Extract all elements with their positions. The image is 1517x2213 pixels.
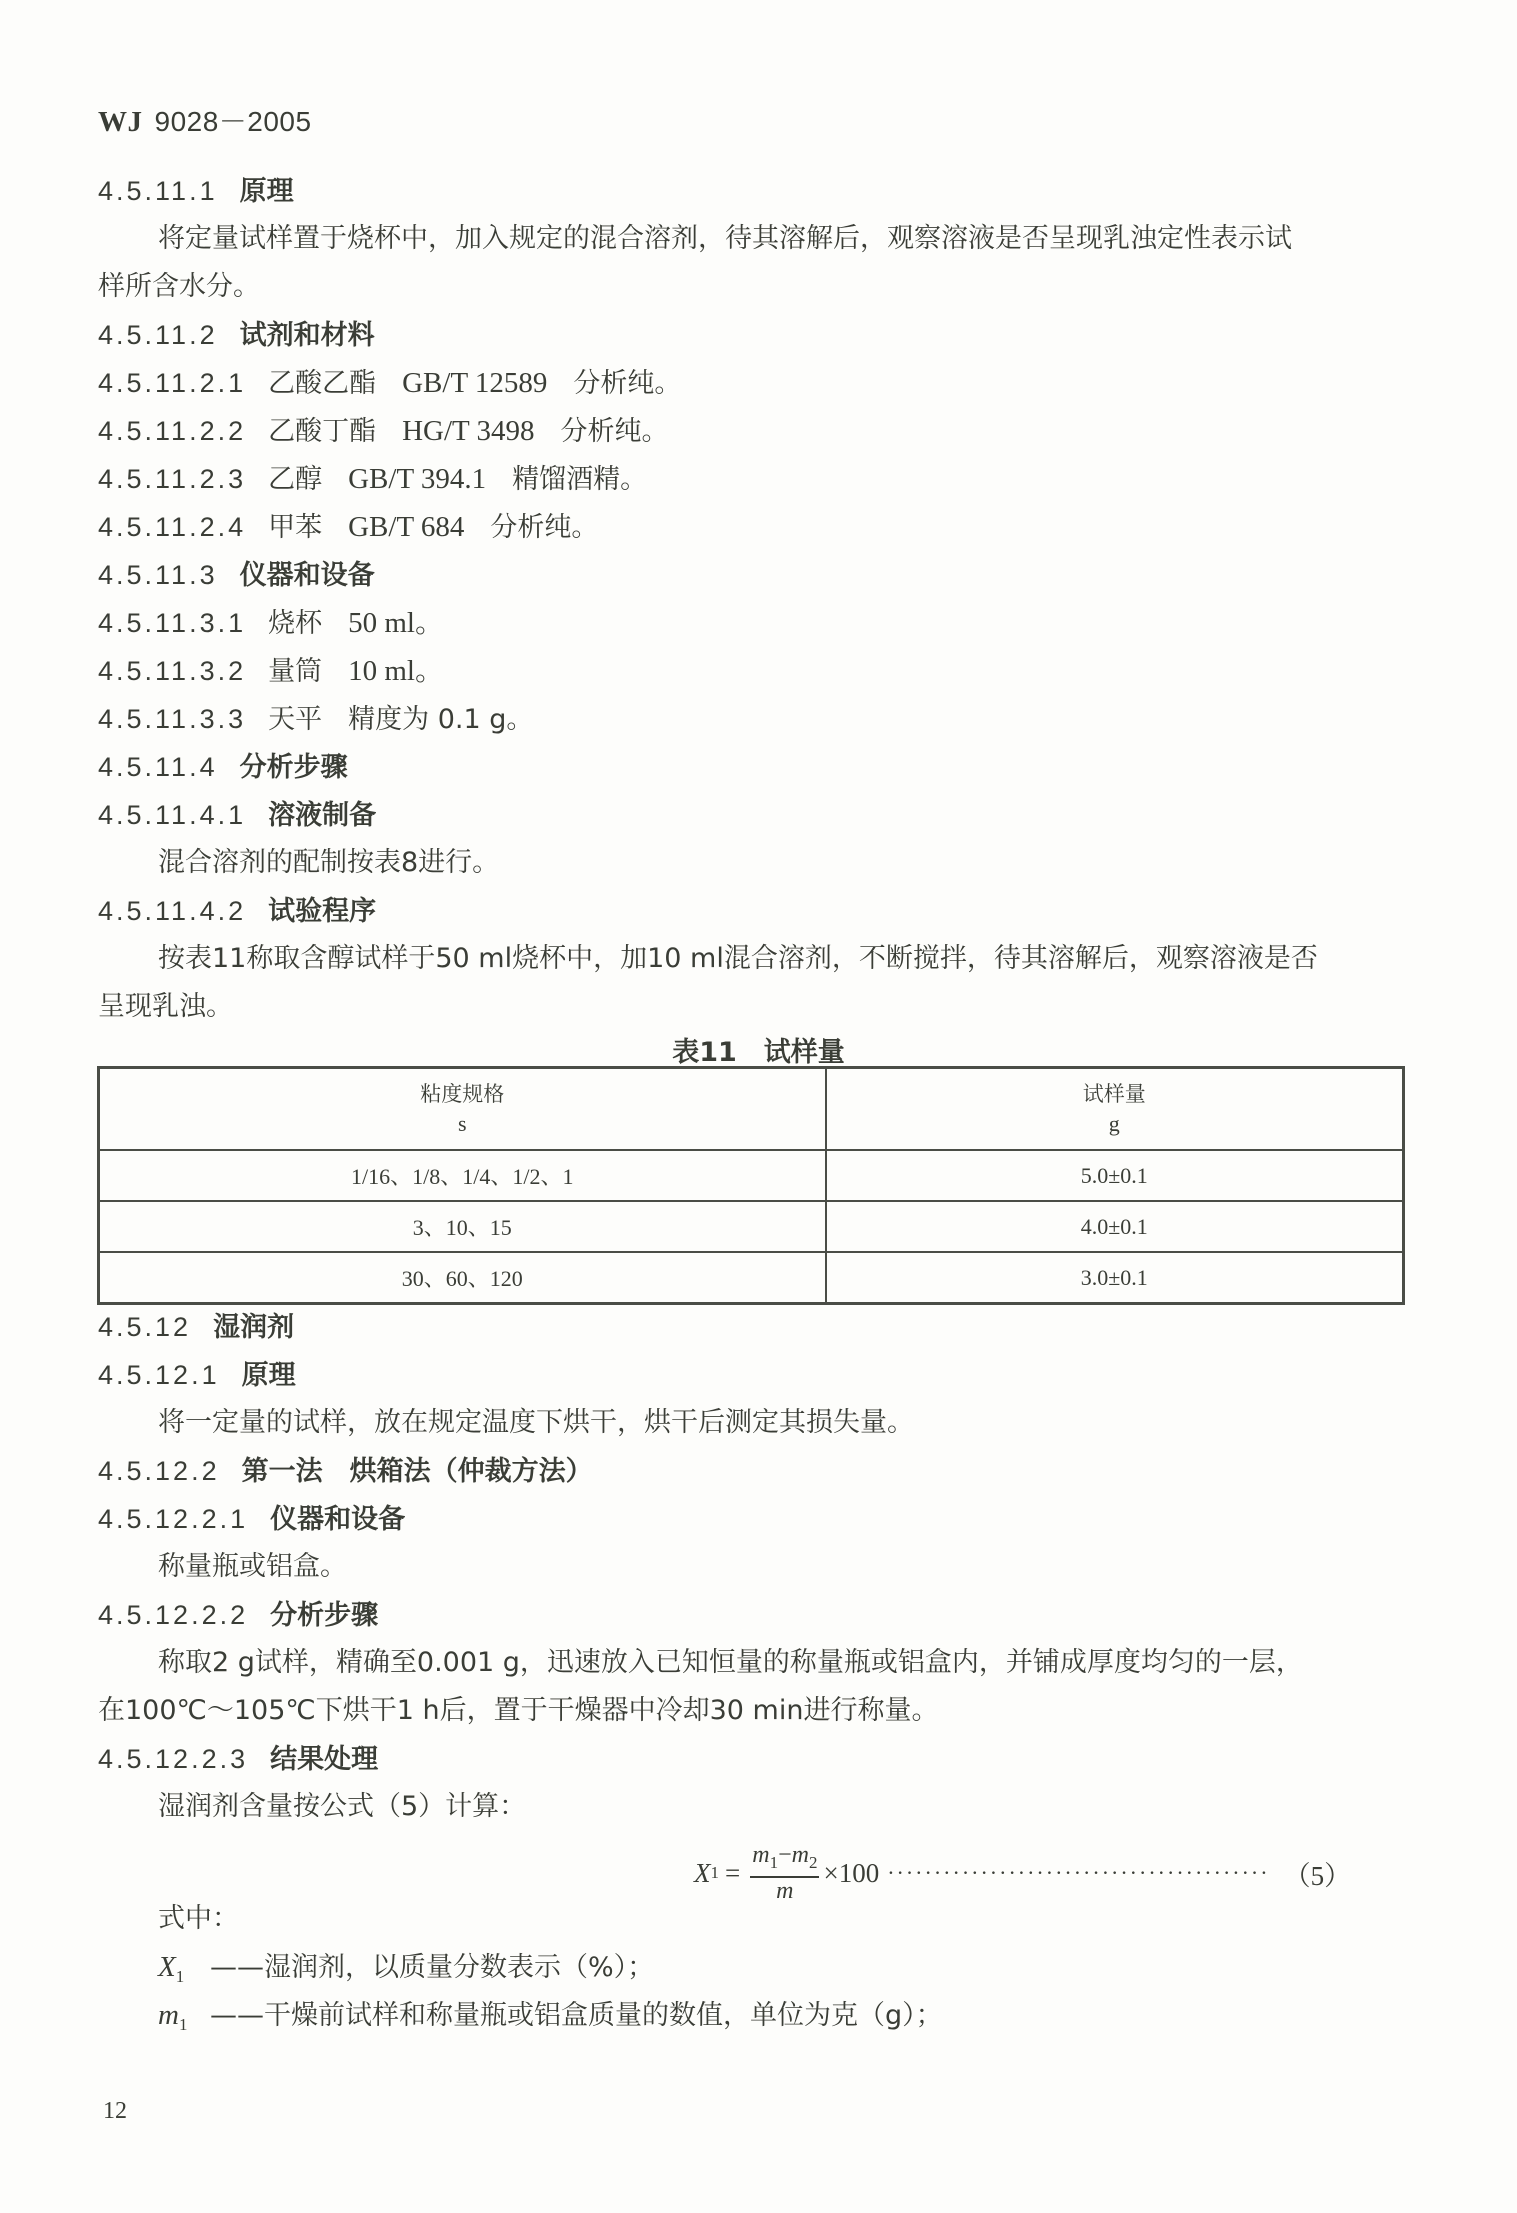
paragraph: 混合溶剂的配制按表8进行。 (158, 846, 499, 880)
equation-number: （5） (1284, 1854, 1352, 1893)
paragraph: 湿润剂含量按公式（5）计算： (158, 1790, 526, 1824)
formula-5: X1 = m1−m2 m ×100 ······················… (694, 1842, 1351, 1904)
section-heading: 4.5.12.2.3结果处理 (98, 1742, 378, 1777)
section-heading: 4.5.11.2试剂和材料 (98, 318, 375, 353)
section-heading: 4.5.12.2.1仪器和设备 (98, 1502, 405, 1537)
paragraph: 将一定量的试样，放在规定温度下烘干，烘干后测定其损失量。 (158, 1406, 914, 1440)
section-heading: 4.5.11.4.2试验程序 (98, 894, 376, 929)
page-number: 12 (103, 2098, 127, 2125)
apparatus-item: 4.5.11.3.3天平精度为 0.1 g。 (98, 702, 533, 737)
reagent-item: 4.5.11.2.2乙酸丁酯HG/T 3498分析纯。 (98, 414, 669, 449)
column-header-sample-amount: 试样量 g (826, 1068, 1404, 1151)
table-header-row: 粘度规格 s 试样量 g (99, 1068, 1404, 1151)
section-heading: 4.5.12.1原理 (98, 1358, 296, 1393)
table-caption: 表11 试样量 (0, 1030, 1517, 1069)
apparatus-item: 4.5.11.3.1烧杯50 ml。 (98, 606, 444, 641)
table-cell: 3.0±0.1 (826, 1252, 1404, 1304)
table-row: 1/16、1/8、1/4、1/2、1 5.0±0.1 (99, 1150, 1404, 1201)
section-heading: 4.5.12.2.2分析步骤 (98, 1598, 378, 1633)
table-cell: 4.0±0.1 (826, 1201, 1404, 1252)
table-row: 3、10、15 4.0±0.1 (99, 1201, 1404, 1252)
paragraph: 将定量试样置于烧杯中，加入规定的混合溶剂，待其溶解后，观察溶液是否呈现乳浊定性表… (158, 222, 1292, 256)
section-heading: 4.5.11.3仪器和设备 (98, 558, 375, 593)
table-cell: 3、10、15 (99, 1201, 826, 1252)
section-heading: 4.5.12湿润剂 (98, 1310, 294, 1345)
paragraph-continuation: 呈现乳浊。 (98, 990, 233, 1024)
where-intro: 式中： (158, 1902, 239, 1936)
sample-amount-table: 粘度规格 s 试样量 g 1/16、1/8、1/4、1/2、1 5.0±0.1 … (97, 1066, 1405, 1305)
section-heading: 4.5.12.2第一法 烘箱法（仲裁方法） (98, 1454, 593, 1489)
paragraph: 称量瓶或铝盒。 (158, 1550, 347, 1584)
paragraph-continuation: 样所含水分。 (98, 270, 260, 304)
variable-definition: X1——湿润剂，以质量分数表示（%）； (158, 1950, 654, 1994)
section-heading: 4.5.11.1原理 (98, 174, 294, 209)
column-header-viscosity: 粘度规格 s (99, 1068, 826, 1151)
standard-code: WJ9028－2005 (98, 100, 312, 140)
table-row: 30、60、120 3.0±0.1 (99, 1252, 1404, 1304)
reagent-item: 4.5.11.2.1乙酸乙酯GB/T 12589分析纯。 (98, 366, 681, 401)
standard-prefix: WJ (98, 106, 143, 138)
fraction: m1−m2 m (750, 1842, 819, 1904)
table-cell: 1/16、1/8、1/4、1/2、1 (99, 1150, 826, 1201)
reagent-item: 4.5.11.2.3乙醇GB/T 394.1精馏酒精。 (98, 462, 647, 497)
paragraph-continuation: 在100℃～105℃下烘干1 h后，置于干燥器中冷却30 min进行称量。 (98, 1694, 938, 1728)
reagent-item: 4.5.11.2.4甲苯GB/T 684分析纯。 (98, 510, 598, 545)
section-heading: 4.5.11.4.1溶液制备 (98, 798, 376, 833)
variable-definition: m1——干燥前试样和称量瓶或铝盒质量的数值，单位为克（g）； (158, 1998, 943, 2042)
section-heading: 4.5.11.4分析步骤 (98, 750, 348, 785)
standard-number: 9028－2005 (155, 106, 312, 137)
table-cell: 30、60、120 (99, 1252, 826, 1304)
table-cell: 5.0±0.1 (826, 1150, 1404, 1201)
apparatus-item: 4.5.11.3.2量筒10 ml。 (98, 654, 444, 689)
paragraph: 按表11称取含醇试样于50 ml烧杯中，加10 ml混合溶剂，不断搅拌，待其溶解… (158, 942, 1318, 976)
paragraph: 称取2 g试样，精确至0.001 g，迅速放入已知恒量的称量瓶或铝盒内，并铺成厚… (158, 1646, 1303, 1680)
